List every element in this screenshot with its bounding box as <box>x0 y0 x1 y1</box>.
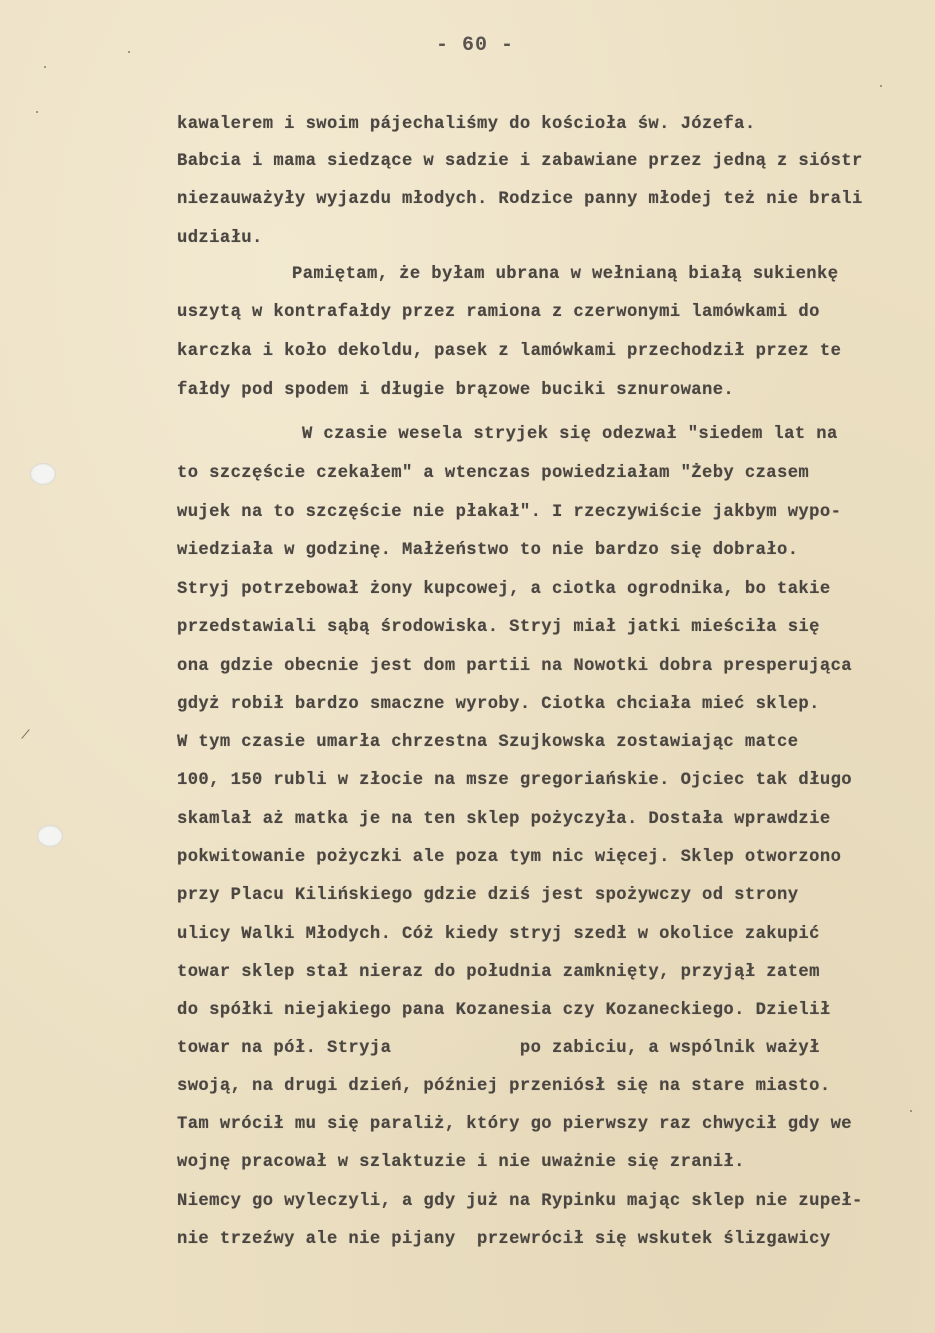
paper-scratch <box>21 729 29 739</box>
text-line: nie trzeźwy ale nie pijany przewrócił si… <box>177 1230 831 1249</box>
text-line: Niemcy go wyleczyli, a gdy już na Rypink… <box>177 1192 863 1211</box>
text-line: towar sklep stał nieraz do południa zamk… <box>177 963 820 982</box>
text-line: kawalerem i swoim pájechaliśmy do kościo… <box>177 115 756 134</box>
page-number: - 60 - <box>436 34 514 57</box>
text-line: wojnę pracował w szlaktuzie i nie uważni… <box>177 1153 745 1172</box>
paper-speck <box>44 66 46 68</box>
text-line: skamlał aż matka je na ten sklep pożyczy… <box>177 810 831 829</box>
text-line: niezauważyły wyjazdu młodych. Rodzice pa… <box>177 190 863 209</box>
text-line: uszytą w kontrafałdy przez ramiona z cze… <box>177 303 820 322</box>
punch-hole-bottom <box>37 825 63 847</box>
text-line: ona gdzie obecnie jest dom partii na Now… <box>177 657 852 676</box>
paper-speck <box>910 1110 912 1112</box>
text-line: gdyż robił bardzo smaczne wyroby. Ciotka… <box>177 695 820 714</box>
text-line: ulicy Walki Młodych. Cóż kiedy stryj sze… <box>177 925 820 944</box>
text-line: Babcia i mama siedzące w sadzie i zabawi… <box>177 152 863 171</box>
paragraph-start-line: W czasie wesela stryjek się odezwał "sie… <box>302 425 838 444</box>
text-line: to szczęście czekałem" a wtenczas powied… <box>177 464 809 483</box>
text-line: przy Placu Kilińskiego gdzie dziś jest s… <box>177 886 798 905</box>
punch-hole-top <box>30 463 56 485</box>
paragraph-start-line: Pamiętam, że byłam ubrana w wełnianą bia… <box>292 265 838 284</box>
text-line: Tam wrócił mu się paraliż, który go pier… <box>177 1115 852 1134</box>
text-line: karczka i koło dekoldu, pasek z lamówkam… <box>177 342 841 361</box>
paper-speck <box>128 51 130 53</box>
text-line: swoją, na drugi dzień, później przeniósł… <box>177 1077 831 1096</box>
text-line: do spółki niejakiego pana Kozanesia czy … <box>177 1001 831 1020</box>
paper-speck <box>36 111 38 113</box>
typewritten-page: - 60 - kawalerem i swoim pájechaliśmy do… <box>0 0 935 1333</box>
text-line: przedstawiali sąbą środowiska. Stryj mia… <box>177 618 820 637</box>
text-line: udziału. <box>177 229 263 248</box>
text-line: towar na pół. Stryja po zabiciu, a wspól… <box>177 1039 820 1058</box>
paper-speck <box>880 85 882 87</box>
text-line: wujek na to szczęście nie płakał". I rze… <box>177 503 841 522</box>
text-line: pokwitowanie pożyczki ale poza tym nic w… <box>177 848 841 867</box>
text-line: 100, 150 rubli w złocie na msze gregoria… <box>177 771 852 790</box>
text-line: W tym czasie umarła chrzestna Szujkowska… <box>177 733 798 752</box>
text-line: fałdy pod spodem i długie brązowe buciki… <box>177 381 734 400</box>
text-line: wiedziała w godzinę. Małżeństwo to nie b… <box>177 541 798 560</box>
text-line: Stryj potrzebował żony kupcowej, a ciotk… <box>177 580 831 599</box>
